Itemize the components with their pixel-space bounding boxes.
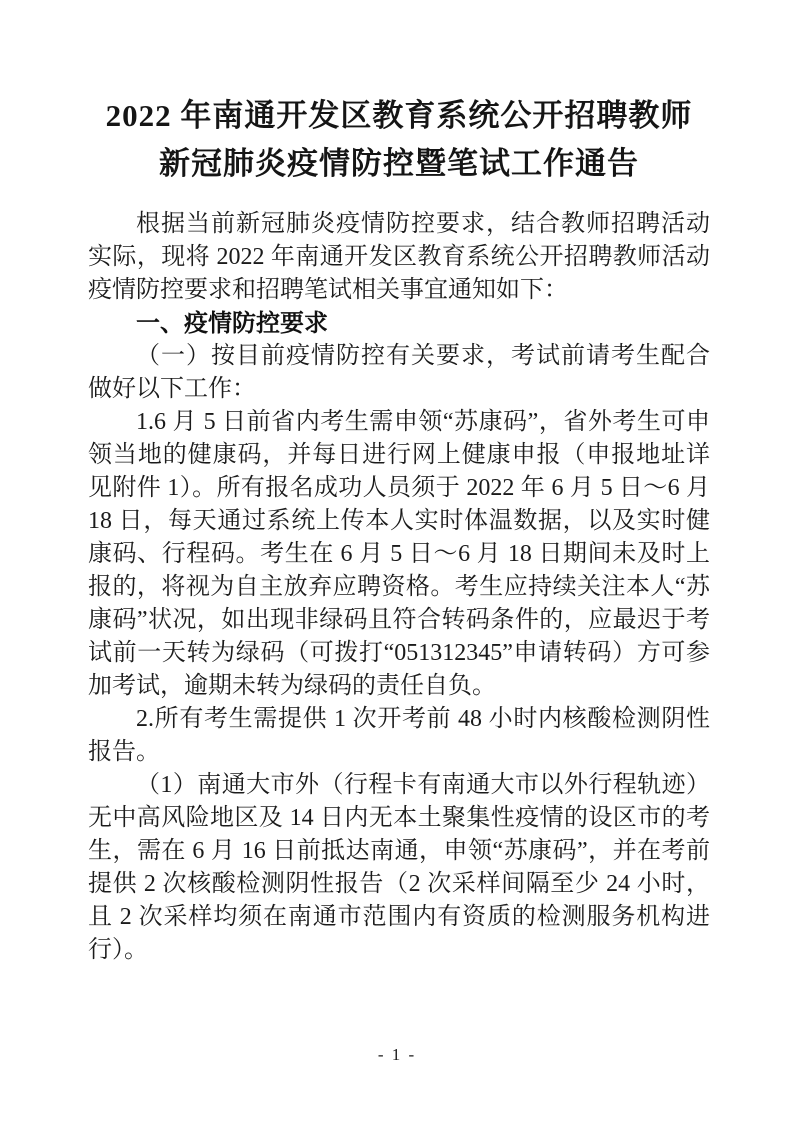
title-line-2: 新冠肺炎疫情防控暨笔试工作通告 bbox=[88, 140, 710, 188]
document-content: 2022 年南通开发区教育系统公开招聘教师 新冠肺炎疫情防控暨笔试工作通告 根据… bbox=[88, 92, 710, 967]
document-page: 2022 年南通开发区教育系统公开招聘教师 新冠肺炎疫情防控暨笔试工作通告 根据… bbox=[0, 0, 794, 1123]
paragraph-sub-item-1-outside-nantong: （1）南通大市外（行程卡有南通大市以外行程轨迹）无中高风险地区及 14 日内无本… bbox=[88, 769, 710, 967]
title-line-1: 2022 年南通开发区教育系统公开招聘教师 bbox=[88, 92, 710, 140]
intro-paragraph: 根据当前新冠肺炎疫情防控要求，结合教师招聘活动实际，现将 2022 年南通开发区… bbox=[88, 208, 710, 307]
page-number: - 1 - bbox=[0, 1045, 794, 1065]
document-title: 2022 年南通开发区教育系统公开招聘教师 新冠肺炎疫情防控暨笔试工作通告 bbox=[88, 92, 710, 188]
paragraph-requirement-intro: （一）按目前疫情防控有关要求，考试前请考生配合做好以下工作： bbox=[88, 340, 710, 406]
section-heading-epidemic-control: 一、疫情防控要求 bbox=[88, 307, 710, 340]
paragraph-item-2-nucleic-acid: 2.所有考生需提供 1 次开考前 48 小时内核酸检测阴性报告。 bbox=[88, 703, 710, 769]
paragraph-item-1-health-code: 1.6 月 5 日前省内考生需申领“苏康码”，省外考生可申领当地的健康码，并每日… bbox=[88, 406, 710, 703]
